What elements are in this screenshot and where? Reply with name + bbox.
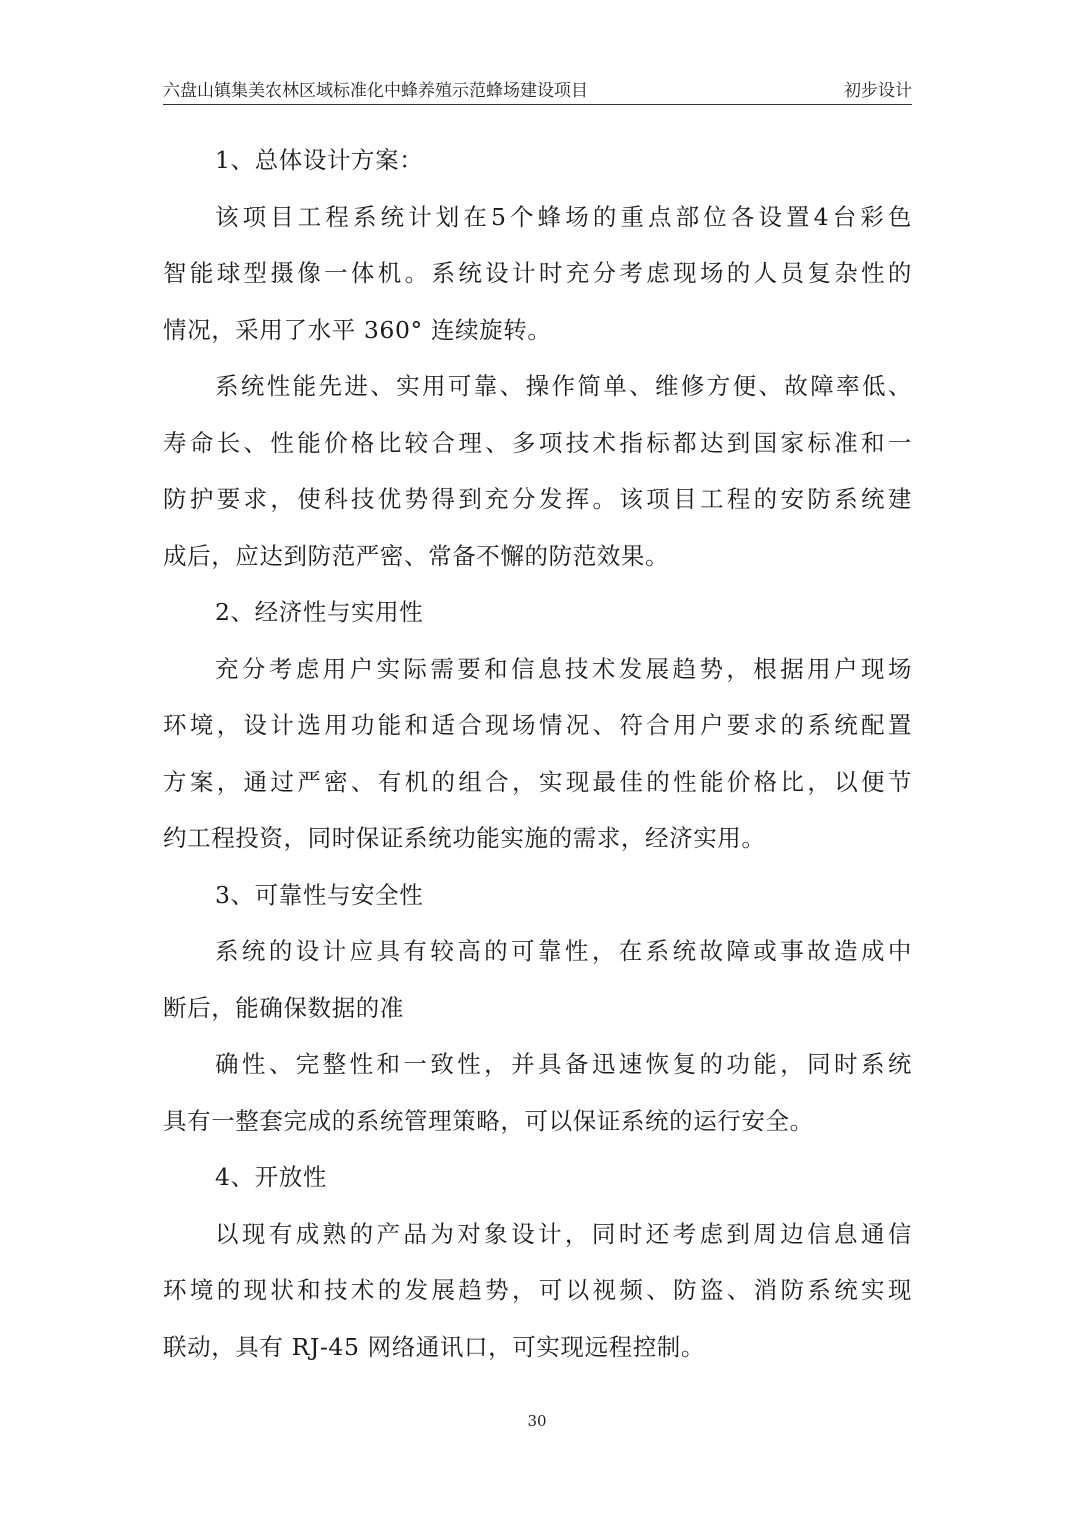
paragraph-line: 该项目工程系统计划在5个蜂场的重点部位各设置4台彩色 <box>163 189 912 246</box>
document-title: 六盘山镇集美农林区域标准化中蜂养殖示范蜂场建设项目 <box>163 80 588 102</box>
paragraph-line: 系统的设计应具有较高的可靠性，在系统故障或事故造成中 <box>163 923 912 980</box>
paragraph-line: 联动，具有 RJ-45 网络通讯口，可实现远程控制。 <box>163 1319 912 1376</box>
paragraph-line: 寿命长、性能价格比较合理、多项技术指标都达到国家标准和一 <box>163 415 912 472</box>
paragraph-line: 环境的现状和技术的发展趋势，可以视频、防盗、消防系统实现 <box>163 1262 912 1319</box>
heading-economy-practicality: 2、经济性与实用性 <box>163 584 912 641</box>
heading-openness: 4、开放性 <box>163 1149 912 1206</box>
section-label: 初步设计 <box>844 80 912 102</box>
paragraph-line: 断后，能确保数据的准 <box>163 980 912 1037</box>
paragraph-line: 约工程投资，同时保证系统功能实施的需求，经济实用。 <box>163 810 912 867</box>
paragraph-line: 成后，应达到防范严密、常备不懈的防范效果。 <box>163 528 912 585</box>
paragraph-line: 具有一整套完成的系统管理策略，可以保证系统的运行安全。 <box>163 1093 912 1150</box>
page-number: 30 <box>0 1412 1074 1430</box>
paragraph-line: 防护要求，使科技优势得到充分发挥。该项目工程的安防系统建 <box>163 471 912 528</box>
paragraph-line: 充分考虑用户实际需要和信息技术发展趋势，根据用户现场 <box>163 641 912 698</box>
paragraph-line: 方案，通过严密、有机的组合，实现最佳的性能价格比，以便节 <box>163 754 912 811</box>
paragraph-line: 环境，设计选用功能和适合现场情况、符合用户要求的系统配置 <box>163 697 912 754</box>
paragraph-line: 情况，采用了水平 360° 连续旋转。 <box>163 302 912 359</box>
paragraph-line: 系统性能先进、实用可靠、操作简单、维修方便、故障率低、 <box>163 358 912 415</box>
paragraph-line: 智能球型摄像一体机。系统设计时充分考虑现场的人员复杂性的 <box>163 245 912 302</box>
document-body: 1、总体设计方案： 该项目工程系统计划在5个蜂场的重点部位各设置4台彩色 智能球… <box>163 132 912 1375</box>
heading-overall-design: 1、总体设计方案： <box>163 132 912 189</box>
paragraph-line: 确性、完整性和一致性，并具备迅速恢复的功能，同时系统 <box>163 1036 912 1093</box>
heading-reliability-security: 3、可靠性与安全性 <box>163 867 912 924</box>
paragraph-line: 以现有成熟的产品为对象设计，同时还考虑到周边信息通信 <box>163 1206 912 1263</box>
page-header: 六盘山镇集美农林区域标准化中蜂养殖示范蜂场建设项目 初步设计 <box>163 76 912 105</box>
